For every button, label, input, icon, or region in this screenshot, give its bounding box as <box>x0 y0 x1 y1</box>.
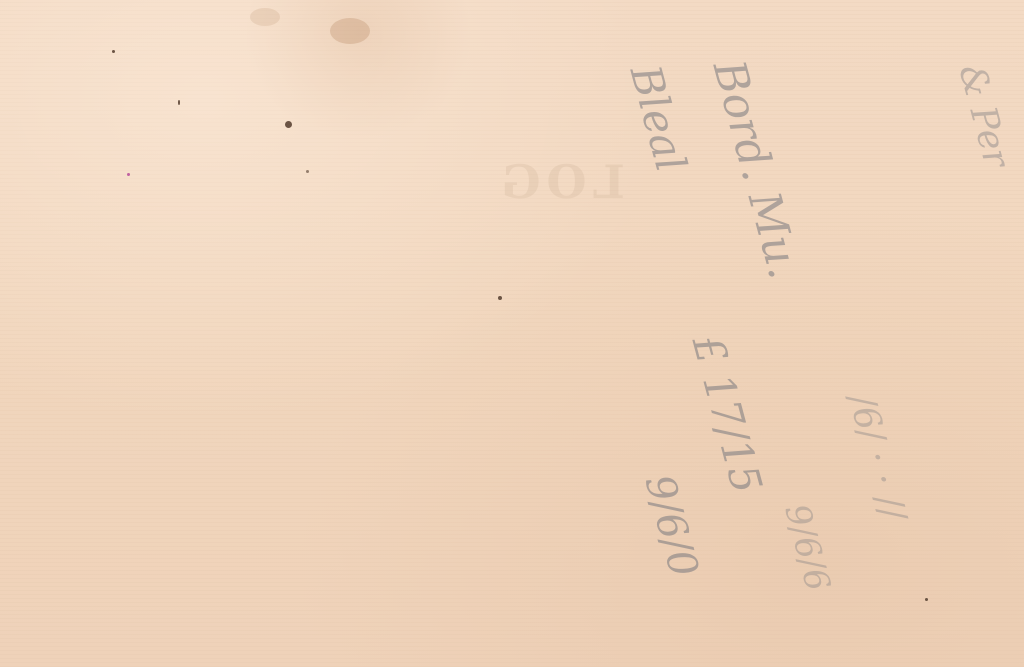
handwriting-line: 9/6/0 <box>636 470 707 582</box>
speck <box>178 100 180 105</box>
stain <box>330 18 370 44</box>
handwriting-line: 9/6/6 <box>776 500 837 595</box>
stain <box>250 8 280 26</box>
speck <box>112 50 115 53</box>
paper-card: LOG Bord. Mu. Bleal £ 17/15 9/6/0 & Per … <box>0 0 1024 667</box>
handwriting-line: £ 17/15 <box>683 330 772 498</box>
speck <box>498 296 502 300</box>
handwriting-line: & Per <box>950 60 1017 172</box>
speck <box>127 173 130 176</box>
speck <box>285 121 292 128</box>
handwriting-line: /6/ · · // <box>840 390 913 525</box>
speck <box>925 598 928 601</box>
